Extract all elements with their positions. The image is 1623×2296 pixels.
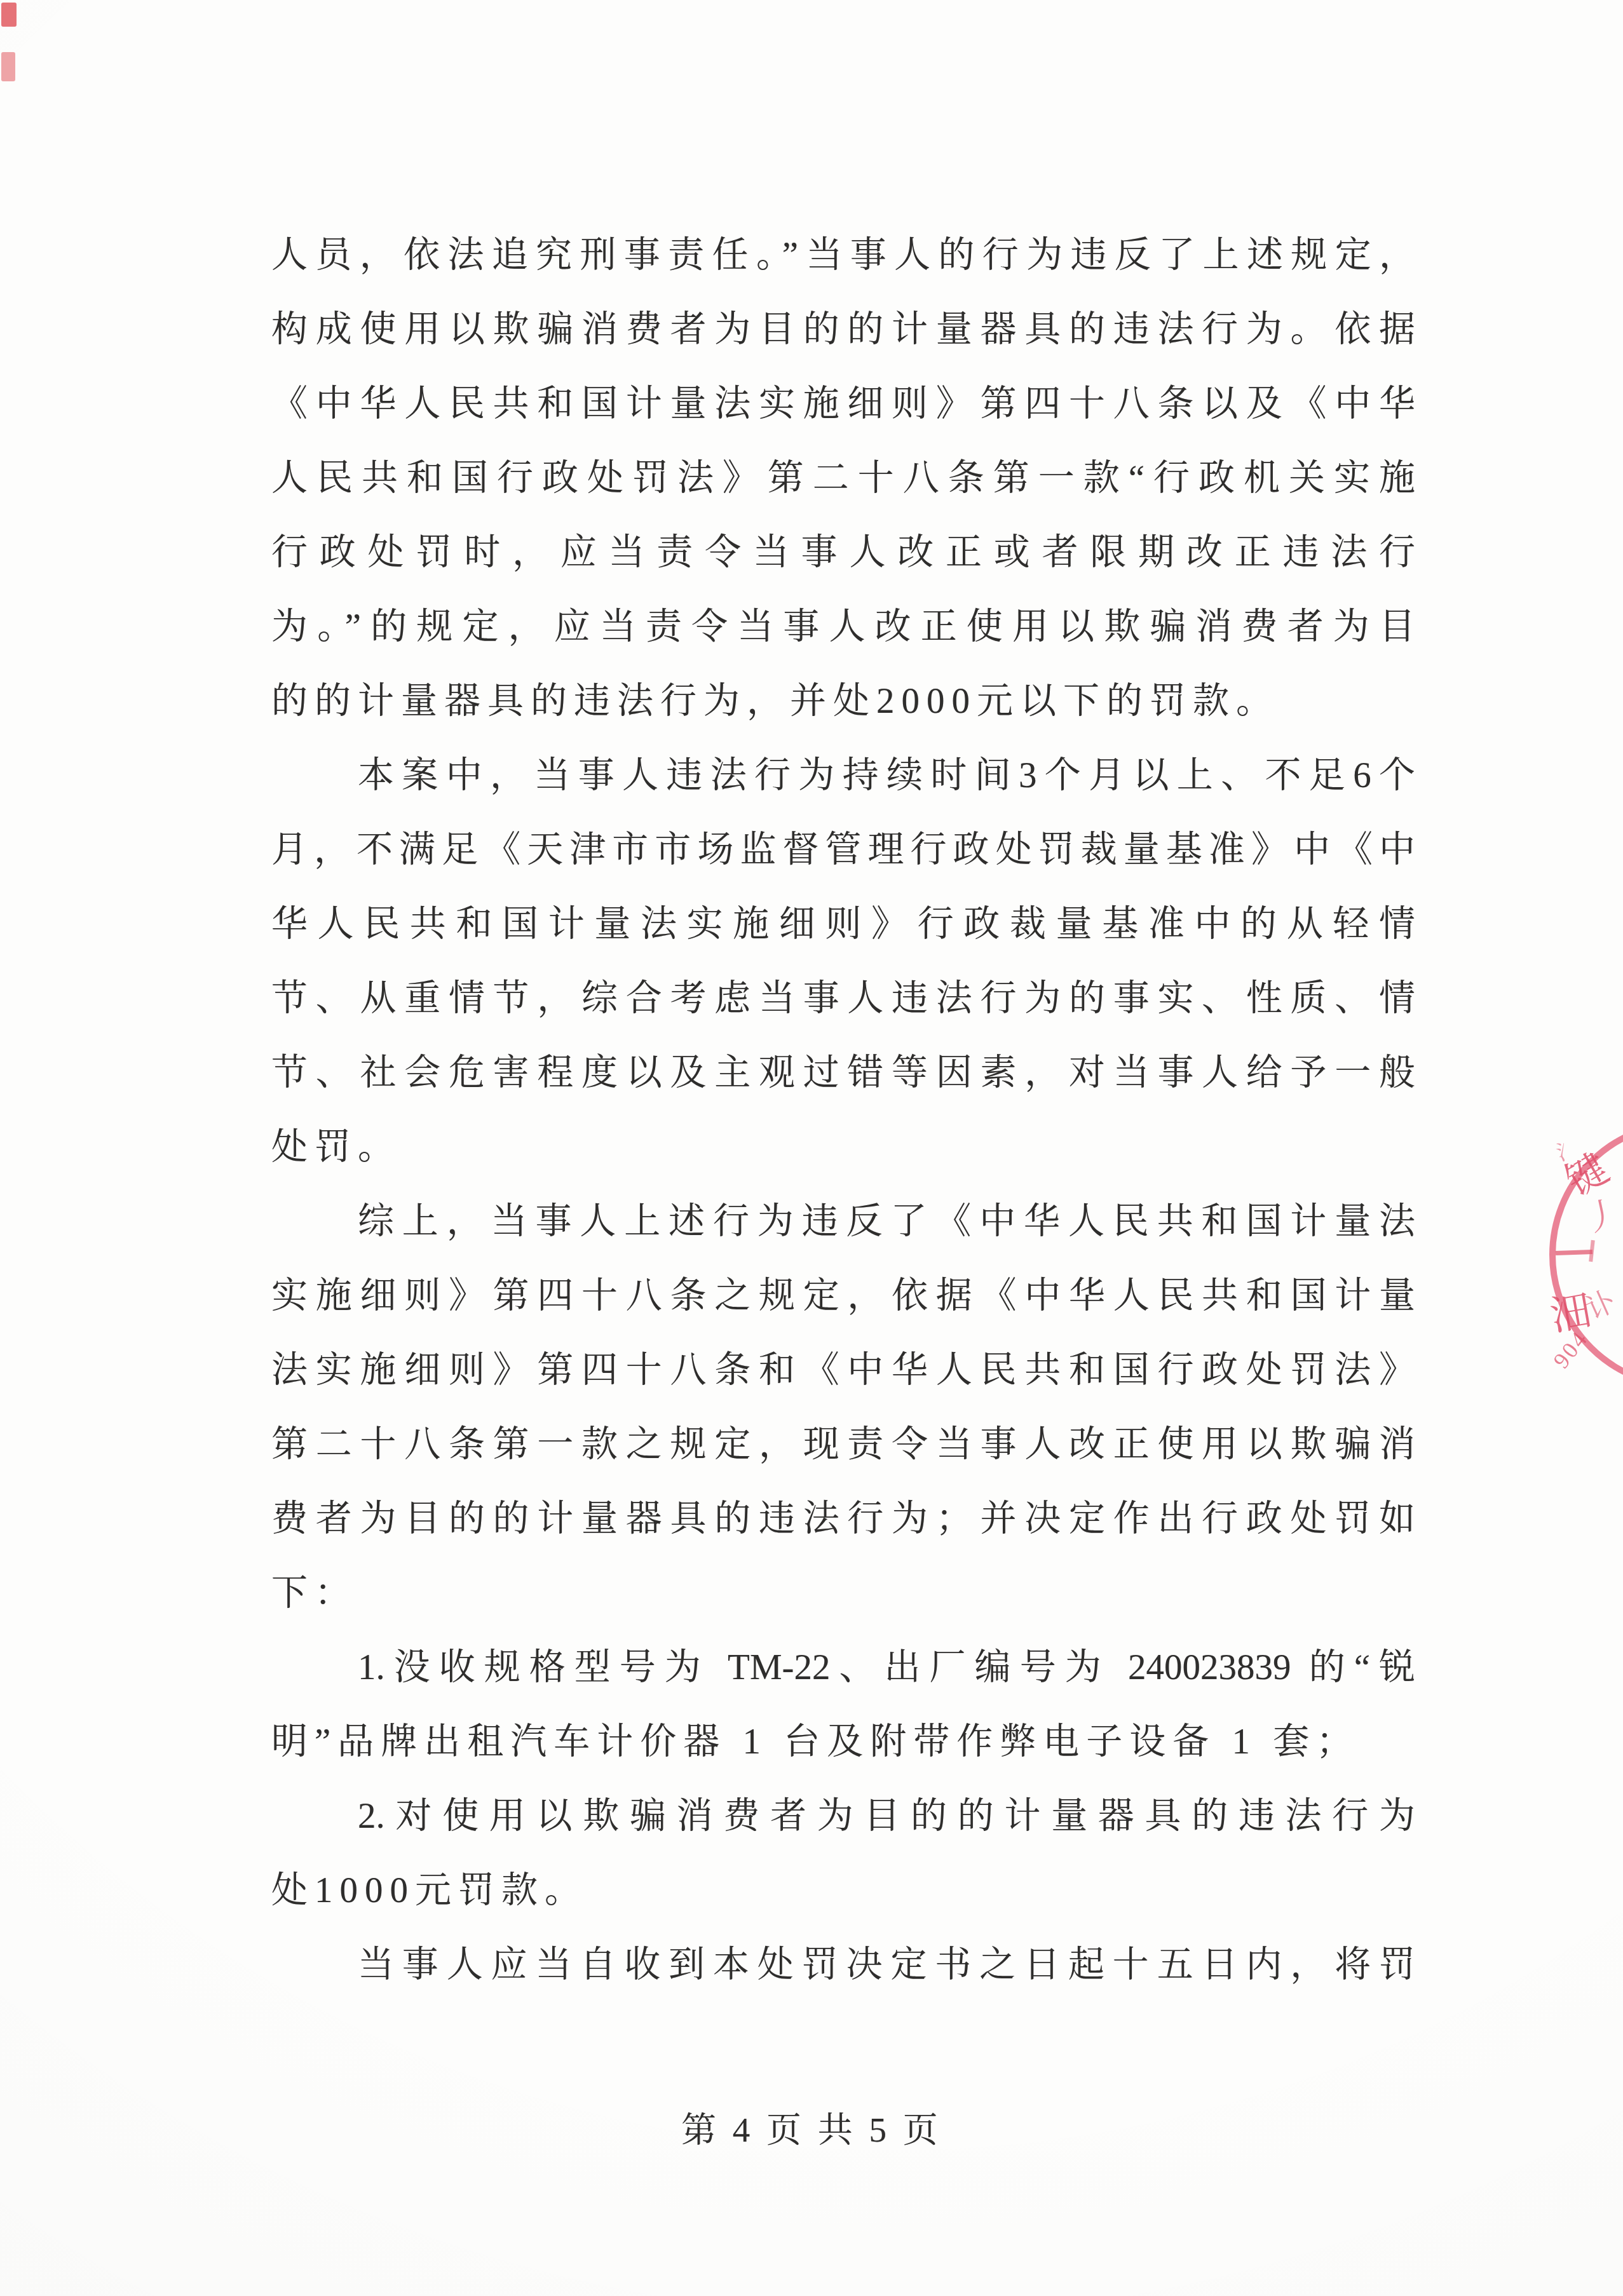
red-corner-mark	[1, 52, 15, 81]
stamp-character: 氵	[1554, 1137, 1582, 1165]
text-line: 当事人应当自收到本处罚决定书之日起十五日内，将罚	[271, 1928, 1415, 2002]
text-line: 构成使用以欺骗消费者为目的的计量器具的违法行为。依据	[271, 292, 1415, 367]
text-line: 华人民共和国计量法实施细则》行政裁量基准中的从轻情	[271, 887, 1415, 961]
text-line: 2.对使用以欺骗消费者为目的的计量器具的违法行为	[271, 1779, 1415, 1853]
stamp-character: 键	[1559, 1147, 1615, 1203]
text-line: 处罚。	[271, 1110, 1415, 1184]
text-line: 法实施细则》第四十八条和《中华人民共和国行政处罚法》	[271, 1333, 1415, 1407]
stamp-ring-arc	[1549, 1120, 1623, 1389]
text-line: 处1000元罚款。	[271, 1853, 1415, 1928]
document-page: 人员，依法追究刑事责任。”当事人的行为违反了上述规定，构成使用以欺骗消费者为目的…	[0, 0, 1623, 2296]
stamp-character: 沺	[1547, 1290, 1594, 1337]
document-body: 人员，依法追究刑事责任。”当事人的行为违反了上述规定，构成使用以欺骗消费者为目的…	[271, 218, 1415, 2002]
text-line: 费者为目的的计量器具的违法行为；并决定作出行政处罚如	[271, 1482, 1415, 1556]
stamp-character: 讣	[1582, 1286, 1620, 1325]
text-line: 节、社会危害程度以及主观过错等因素，对当事人给予一般	[271, 1036, 1415, 1110]
stamp-stroke	[1589, 1240, 1595, 1262]
text-line: 明”品牌出租汽车计价器 1 台及附带作弊电子设备 1 套；	[271, 1705, 1415, 1779]
stamp-stroke	[1556, 1250, 1592, 1255]
text-line: 人员，依法追究刑事责任。”当事人的行为违反了上述规定，	[271, 218, 1415, 292]
text-line: 为。”的规定，应当责令当事人改正使用以欺骗消费者为目	[271, 590, 1415, 664]
text-line: 行政处罚时，应当责令当事人改正或者限期改正违法行	[271, 515, 1415, 590]
stamp-character: 丿	[1580, 1196, 1622, 1238]
text-line: 下：	[271, 1556, 1415, 1630]
official-stamp: 氵 键 丿 沺 讣 904	[1525, 1105, 1623, 1404]
page-footer: 第 4 页 共 5 页	[0, 2102, 1623, 2152]
text-line: 月，不满足《天津市市场监督管理行政处罚裁量基准》中《中	[271, 813, 1415, 887]
text-line: 节、从重情节，综合考虑当事人违法行为的事实、性质、情	[271, 961, 1415, 1036]
text-line: 1.没收规格型号为 TM-22、出厂编号为 240023839 的“锐	[271, 1630, 1415, 1705]
text-line: 本案中，当事人违法行为持续时间3个月以上、不足6个	[271, 738, 1415, 813]
page-indicator: 第 4 页 共 5 页	[681, 2110, 942, 2149]
text-line: 人民共和国行政处罚法》第二十八条第一款“行政机关实施	[271, 441, 1415, 515]
text-line: 实施细则》第四十八条之规定，依据《中华人民共和国计量	[271, 1259, 1415, 1333]
stamp-number: 904	[1549, 1327, 1592, 1372]
red-corner-mark	[1, 3, 17, 27]
text-line: 第二十八条第一款之规定，现责令当事人改正使用以欺骗消	[271, 1407, 1415, 1482]
text-line: 《中华人民共和国计量法实施细则》第四十八条以及《中华	[271, 367, 1415, 441]
text-line: 综上，当事人上述行为违反了《中华人民共和国计量法	[271, 1184, 1415, 1259]
text-line: 的的计量器具的违法行为，并处2000元以下的罚款。	[271, 664, 1415, 738]
